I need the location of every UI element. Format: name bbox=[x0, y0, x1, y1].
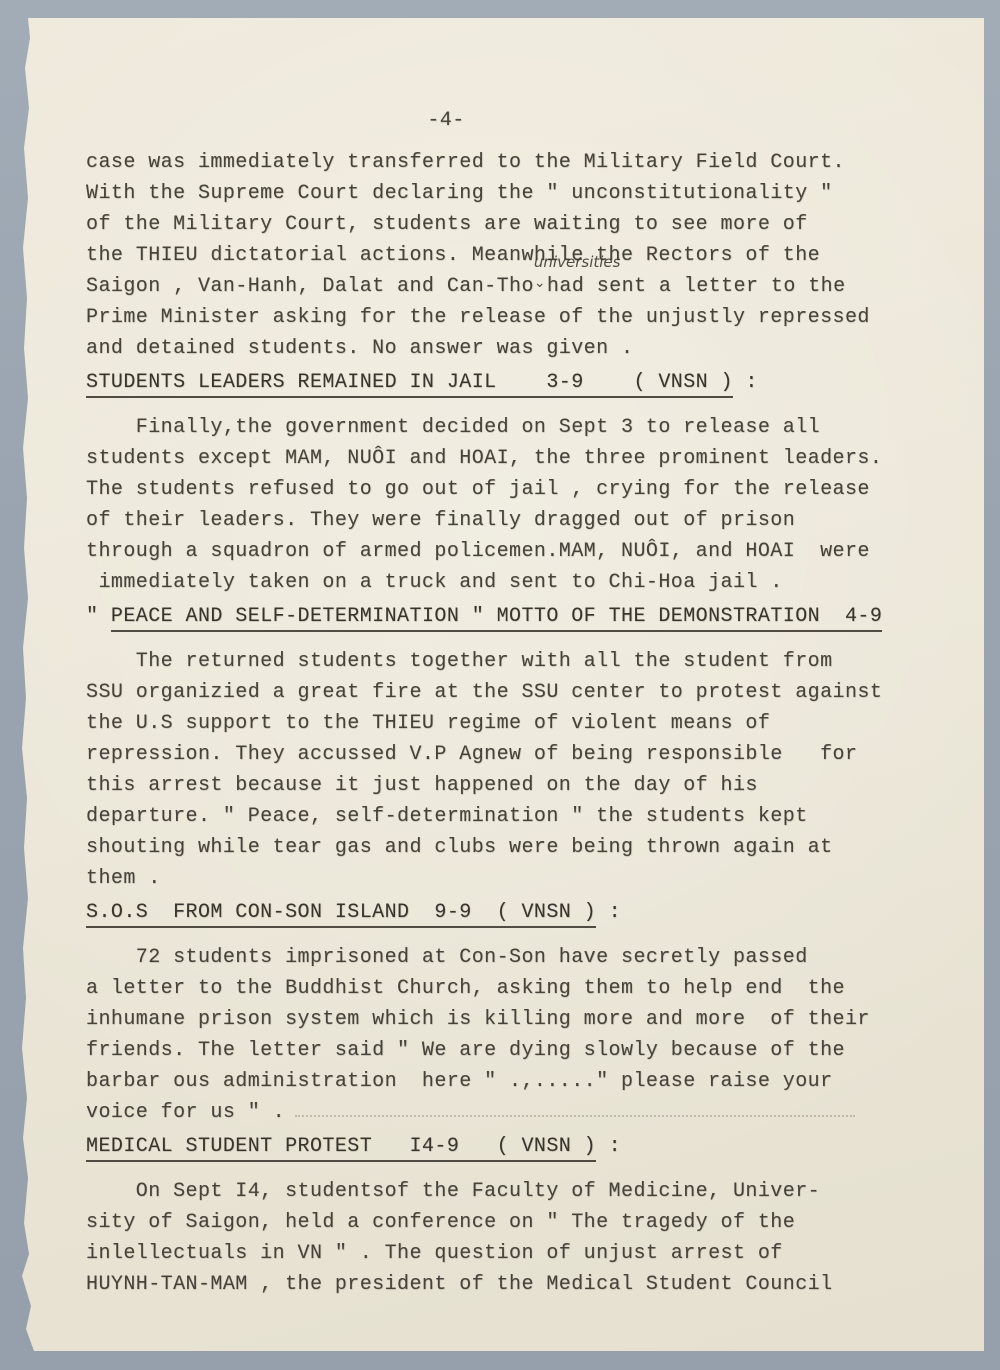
heading-prefix: " bbox=[86, 605, 111, 628]
text-segment: Saigon , Van-Hanh, Dalat and Can-Tho bbox=[86, 275, 534, 298]
text-line: immediately taken on a truck and sent to… bbox=[86, 567, 946, 598]
text-line: the THIEU dictatorial actions. Meanwhile… bbox=[86, 240, 946, 271]
text-line: SSU organizied a great fire at the SSU c… bbox=[86, 677, 946, 708]
insertion-caret-icon: ⌄ bbox=[534, 268, 547, 299]
text-line: a letter to the Buddhist Church, asking … bbox=[86, 973, 946, 1004]
text-line: through a squadron of armed policemen.MA… bbox=[86, 536, 946, 567]
text-line: this arrest because it just happened on … bbox=[86, 770, 946, 801]
page-number: -4- bbox=[86, 105, 806, 136]
text-line: departure. " Peace, self-determination "… bbox=[86, 801, 946, 832]
insertion-point: universities⌄ bbox=[534, 271, 547, 303]
text-line: The students refused to go out of jail ,… bbox=[86, 474, 946, 505]
section-heading: STUDENTS LEADERS REMAINED IN JAIL 3-9 ( … bbox=[86, 367, 946, 398]
section-heading: " PEACE AND SELF-DETERMINATION " MOTTO O… bbox=[86, 601, 946, 632]
text-line: them . bbox=[86, 863, 946, 894]
heading-suffix: : bbox=[596, 901, 621, 924]
section-paragraph: On Sept I4, studentsof the Faculty of Me… bbox=[86, 1176, 946, 1300]
heading-underlined-text: PEACE AND SELF-DETERMINATION " MOTTO OF … bbox=[111, 605, 882, 632]
text-line: Prime Minister asking for the release of… bbox=[86, 302, 946, 333]
section-paragraph: 72 students imprisoned at Con-Son have s… bbox=[86, 942, 946, 1128]
text-line: sity of Saigon, held a conference on " T… bbox=[86, 1207, 946, 1238]
heading-underlined-text: MEDICAL STUDENT PROTEST I4-9 ( VNSN ) bbox=[86, 1135, 596, 1162]
text-line: shouting while tear gas and clubs were b… bbox=[86, 832, 946, 863]
text-line: the U.S support to the THIEU regime of v… bbox=[86, 708, 946, 739]
heading-underlined-text: S.O.S FROM CON-SON ISLAND 9-9 ( VNSN ) bbox=[86, 901, 596, 928]
text-line: Finally,the government decided on Sept 3… bbox=[86, 412, 946, 443]
text-line: students except MAM, NUÔI and HOAI, the … bbox=[86, 443, 946, 474]
text-line: friends. The letter said " We are dying … bbox=[86, 1035, 946, 1066]
scan-background: -4- case was immediately transferred to … bbox=[0, 0, 1000, 1370]
text-line: voice for us " . bbox=[86, 1097, 946, 1128]
heading-suffix: : bbox=[733, 371, 758, 394]
text-line: 72 students imprisoned at Con-Son have s… bbox=[86, 942, 946, 973]
section-paragraph: The returned students together with all … bbox=[86, 646, 946, 894]
document-paper: -4- case was immediately transferred to … bbox=[20, 18, 984, 1351]
text-line-with-insertion: Saigon , Van-Hanh, Dalat and Can-Thouniv… bbox=[86, 271, 946, 302]
text-line: barbar ous administration here " .,.....… bbox=[86, 1066, 946, 1097]
erased-text-marks bbox=[295, 1103, 855, 1117]
section-heading: S.O.S FROM CON-SON ISLAND 9-9 ( VNSN ) : bbox=[86, 897, 946, 928]
text-segment: had sent a letter to the bbox=[547, 275, 846, 298]
section-heading: MEDICAL STUDENT PROTEST I4-9 ( VNSN ) : bbox=[86, 1131, 946, 1162]
text-segment: voice for us " . bbox=[86, 1101, 285, 1124]
text-line: inlellectuals in VN " . The question of … bbox=[86, 1238, 946, 1269]
text-line: On Sept I4, studentsof the Faculty of Me… bbox=[86, 1176, 946, 1207]
text-line: inhumane prison system which is killing … bbox=[86, 1004, 946, 1035]
text-line: With the Supreme Court declaring the " u… bbox=[86, 178, 946, 209]
text-line: of the Military Court, students are wait… bbox=[86, 209, 946, 240]
intro-paragraph: case was immediately transferred to the … bbox=[86, 147, 946, 364]
section-paragraph: Finally,the government decided on Sept 3… bbox=[86, 412, 946, 598]
text-line: repression. They accussed V.P Agnew of b… bbox=[86, 739, 946, 770]
text-line: HUYNH-TAN-MAM , the president of the Med… bbox=[86, 1269, 946, 1300]
heading-underlined-text: STUDENTS LEADERS REMAINED IN JAIL 3-9 ( … bbox=[86, 371, 733, 398]
text-line: The returned students together with all … bbox=[86, 646, 946, 677]
heading-suffix: : bbox=[596, 1135, 621, 1158]
text-line: case was immediately transferred to the … bbox=[86, 147, 946, 178]
text-line: of their leaders. They were finally drag… bbox=[86, 505, 946, 536]
text-line: and detained students. No answer was giv… bbox=[86, 333, 946, 364]
